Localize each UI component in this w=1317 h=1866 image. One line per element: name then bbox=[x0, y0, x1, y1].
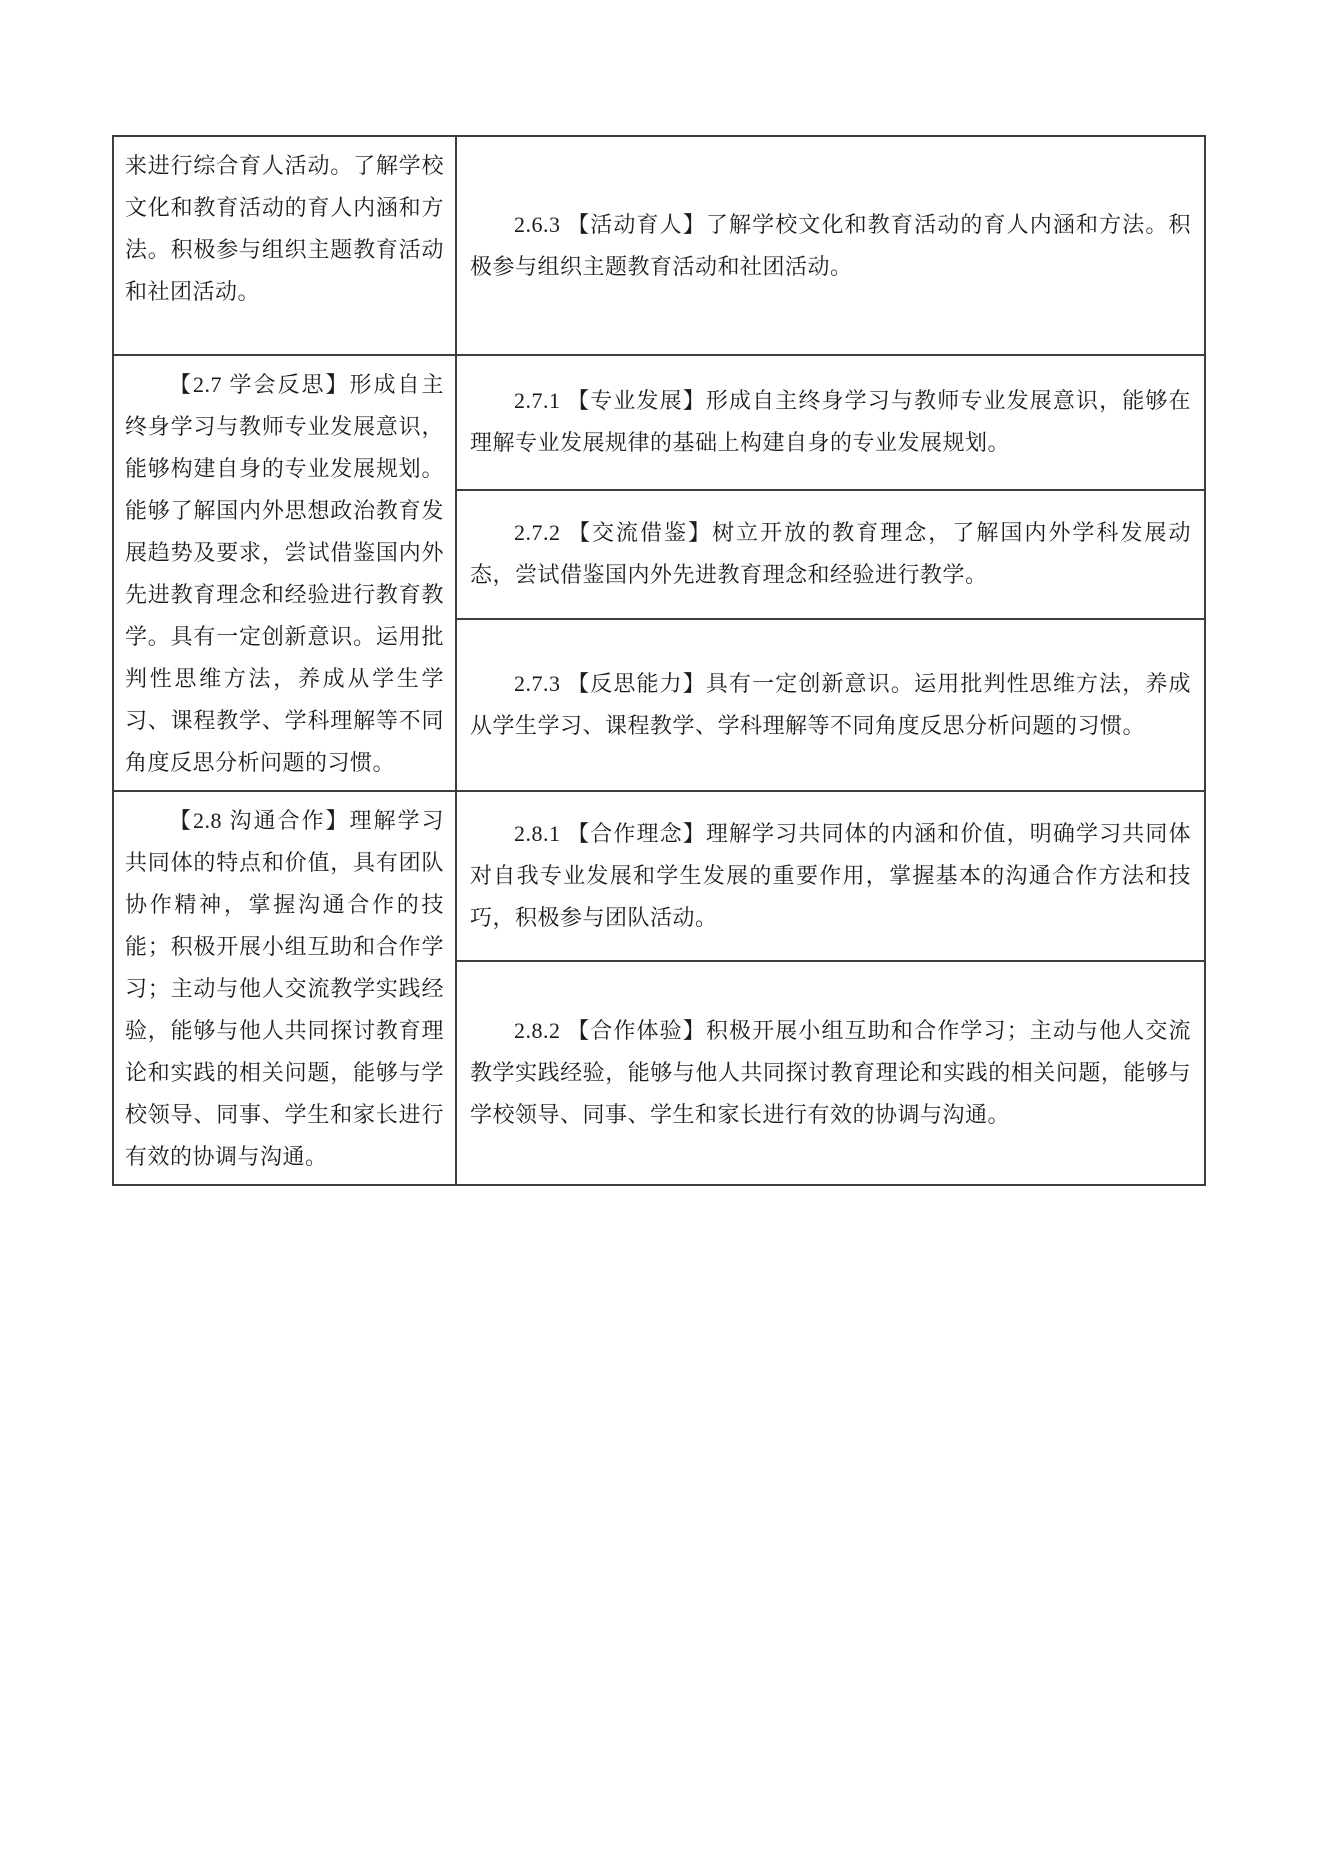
paragraph-2-6-3: 2.6.3 【活动育人】了解学校文化和教育活动的育人内涵和方法。积极参与组织主题… bbox=[470, 204, 1191, 288]
sub-cell-2-6-3: 2.6.3 【活动育人】了解学校文化和教育活动的育人内涵和方法。积极参与组织主题… bbox=[457, 137, 1204, 354]
sub-cell-2-7-2: 2.7.2 【交流借鉴】树立开放的教育理念，了解国内外学科发展动态，尝试借鉴国内… bbox=[457, 489, 1204, 618]
table-row: 【2.8 沟通合作】理解学习共同体的特点和价值，具有团队协作精神，掌握沟通合作的… bbox=[114, 790, 1204, 1184]
left-cell-2-8: 【2.8 沟通合作】理解学习共同体的特点和价值，具有团队协作精神，掌握沟通合作的… bbox=[114, 792, 457, 1184]
sub-cell-2-8-2: 2.8.2 【合作体验】积极开展小组互助和合作学习；主动与他人交流教学实践经验，… bbox=[457, 960, 1204, 1184]
paragraph-2-7-3: 2.7.3 【反思能力】具有一定创新意识。运用批判性思维方法，养成从学生学习、课… bbox=[470, 663, 1191, 747]
sub-cell-2-8-1: 2.8.1 【合作理念】理解学习共同体的内涵和价值，明确学习共同体对自我专业发展… bbox=[457, 792, 1204, 960]
right-cell-group: 2.7.1 【专业发展】形成自主终身学习与教师专业发展意识，能够在理解专业发展规… bbox=[457, 356, 1204, 790]
paragraph-2-7: 【2.7 学会反思】形成自主终身学习与教师专业发展意识，能够构建自身的专业发展规… bbox=[125, 364, 444, 784]
document-page: 来进行综合育人活动。了解学校文化和教育活动的育人内涵和方法。积极参与组织主题教育… bbox=[0, 0, 1317, 1866]
paragraph-2-8-1: 2.8.1 【合作理念】理解学习共同体的内涵和价值，明确学习共同体对自我专业发展… bbox=[470, 813, 1191, 939]
right-cell-group: 2.6.3 【活动育人】了解学校文化和教育活动的育人内涵和方法。积极参与组织主题… bbox=[457, 137, 1204, 354]
paragraph-2-8: 【2.8 沟通合作】理解学习共同体的特点和价值，具有团队协作精神，掌握沟通合作的… bbox=[125, 800, 444, 1178]
paragraph-2-6-continuation: 来进行综合育人活动。了解学校文化和教育活动的育人内涵和方法。积极参与组织主题教育… bbox=[125, 145, 444, 313]
sub-cell-2-7-1: 2.7.1 【专业发展】形成自主终身学习与教师专业发展意识，能够在理解专业发展规… bbox=[457, 356, 1204, 489]
table-row: 【2.7 学会反思】形成自主终身学习与教师专业发展意识，能够构建自身的专业发展规… bbox=[114, 354, 1204, 790]
table-row: 来进行综合育人活动。了解学校文化和教育活动的育人内涵和方法。积极参与组织主题教育… bbox=[114, 137, 1204, 354]
paragraph-2-7-2: 2.7.2 【交流借鉴】树立开放的教育理念，了解国内外学科发展动态，尝试借鉴国内… bbox=[470, 512, 1191, 596]
sub-cell-2-7-3: 2.7.3 【反思能力】具有一定创新意识。运用批判性思维方法，养成从学生学习、课… bbox=[457, 618, 1204, 790]
competency-standards-table: 来进行综合育人活动。了解学校文化和教育活动的育人内涵和方法。积极参与组织主题教育… bbox=[112, 135, 1206, 1186]
right-cell-group: 2.8.1 【合作理念】理解学习共同体的内涵和价值，明确学习共同体对自我专业发展… bbox=[457, 792, 1204, 1184]
left-cell-2-6-continuation: 来进行综合育人活动。了解学校文化和教育活动的育人内涵和方法。积极参与组织主题教育… bbox=[114, 137, 457, 354]
paragraph-2-8-2: 2.8.2 【合作体验】积极开展小组互助和合作学习；主动与他人交流教学实践经验，… bbox=[470, 1010, 1191, 1136]
paragraph-2-7-1: 2.7.1 【专业发展】形成自主终身学习与教师专业发展意识，能够在理解专业发展规… bbox=[470, 380, 1191, 464]
left-cell-2-7: 【2.7 学会反思】形成自主终身学习与教师专业发展意识，能够构建自身的专业发展规… bbox=[114, 356, 457, 790]
